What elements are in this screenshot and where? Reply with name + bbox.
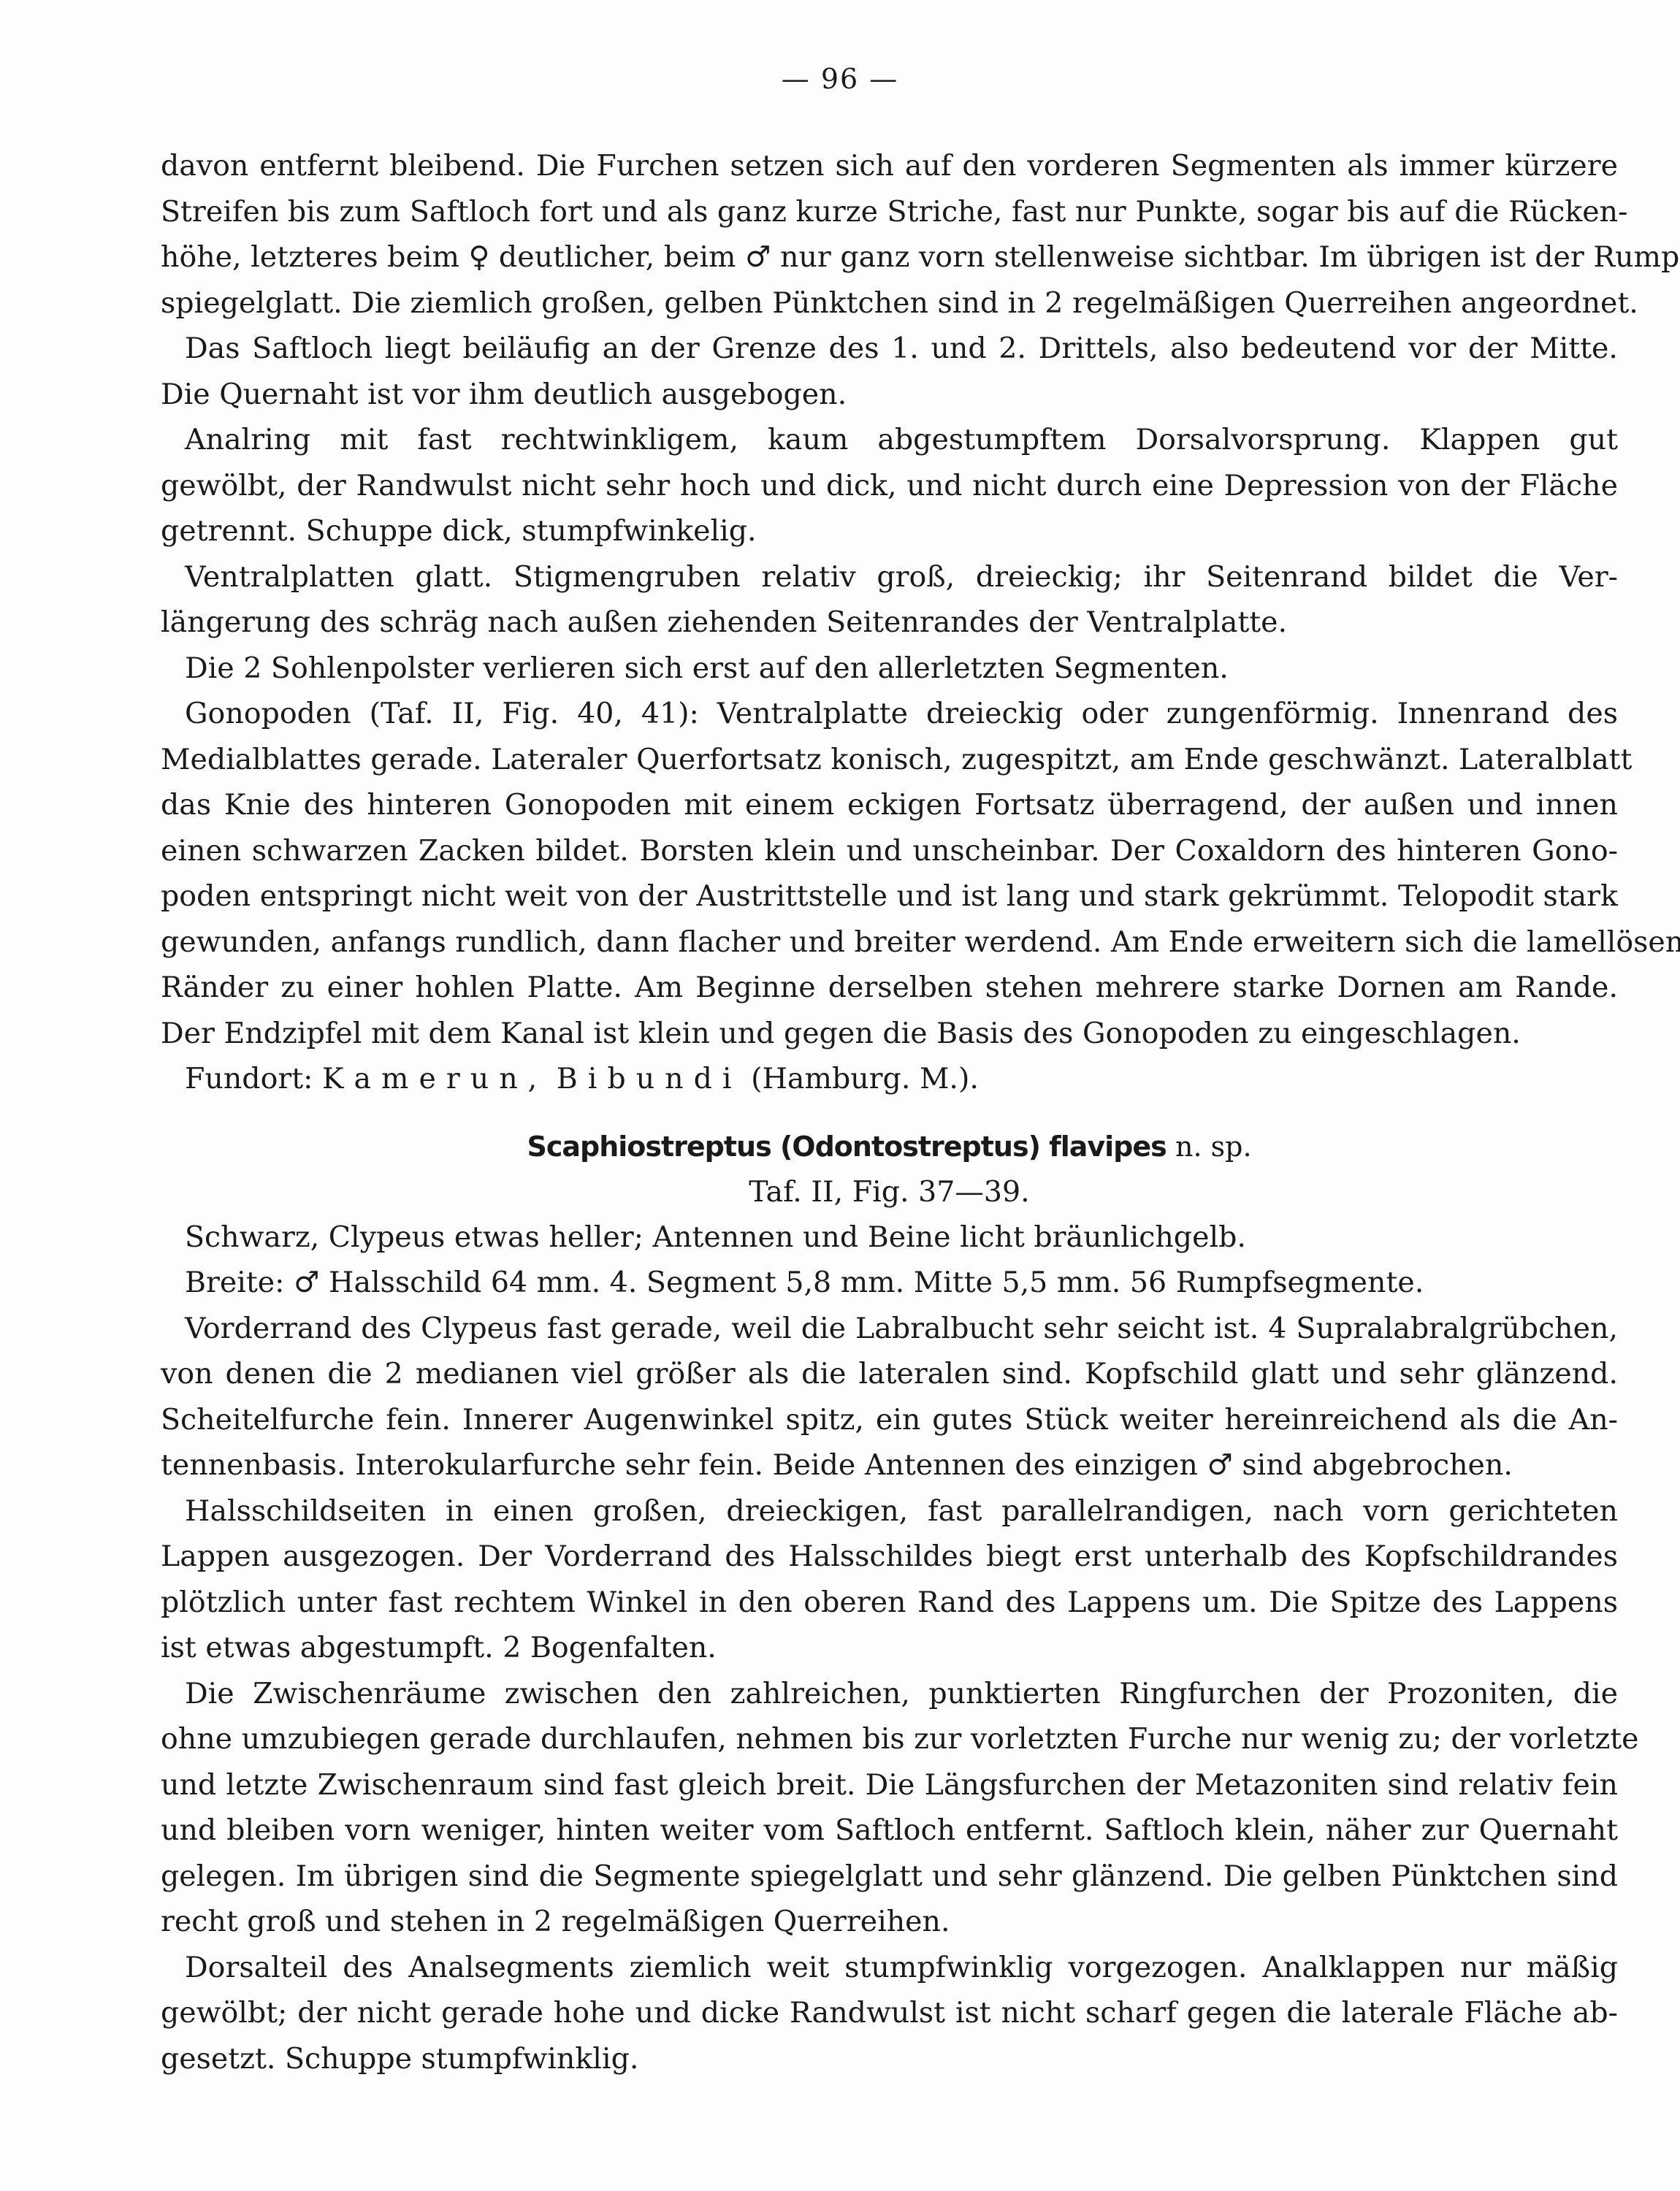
species-heading: Scaphiostreptus (Odontostreptus) flavipe… bbox=[161, 1124, 1618, 1169]
text-line: spiegelglatt. Die ziemlich großen, gelbe… bbox=[161, 280, 1618, 326]
paragraph-ventralplatten: Ventralplatten glatt. Stigmengruben rela… bbox=[161, 554, 1618, 646]
fundort-country: Kamerun, bbox=[322, 1062, 547, 1095]
text-line: Scheitelfurche fein. Innerer Augenwinkel… bbox=[161, 1397, 1618, 1443]
fundort-line: Fundort: Kamerun, Bibundi (Hamburg. M.). bbox=[161, 1056, 1618, 1102]
text-line: einen schwarzen Zacken bildet. Borsten k… bbox=[161, 828, 1618, 874]
text-line: gewunden, anfangs rundlich, dann flacher… bbox=[161, 919, 1618, 966]
text-line: Halsschildseiten in einen großen, dreiec… bbox=[161, 1488, 1618, 1534]
paragraph-halsschild: Halsschildseiten in einen großen, dreiec… bbox=[161, 1488, 1618, 1671]
text-line: gewölbt; der nicht gerade hohe und dicke… bbox=[161, 1990, 1618, 2036]
text-line: gesetzt. Schuppe stumpfwinklig. bbox=[161, 2036, 1618, 2082]
text-line: Dorsalteil des Analsegments ziemlich wei… bbox=[161, 1945, 1618, 1991]
text-line: Die Zwischenräume zwischen den zahlreich… bbox=[161, 1671, 1618, 1717]
species-name: Scaphiostreptus (Odontostreptus) flavipe… bbox=[527, 1131, 1166, 1163]
text-line: längerung des schräg nach außen ziehende… bbox=[161, 600, 1618, 646]
paragraph-farbe: Schwarz, Clypeus etwas heller; Antennen … bbox=[161, 1215, 1618, 1261]
text-line: poden entspringt nicht weit von der Aust… bbox=[161, 873, 1618, 919]
text-line: recht groß und stehen in 2 regelmäßigen … bbox=[161, 1899, 1618, 1945]
text-line: und letzte Zwischenraum sind fast gleich… bbox=[161, 1762, 1618, 1808]
paragraph-analring: Analring mit fast rechtwinkligem, kaum a… bbox=[161, 417, 1618, 554]
body-text: davon entfernt bleibend. Die Furchen set… bbox=[161, 143, 1618, 2081]
text-line: Lappen ausgezogen. Der Vorderrand des Ha… bbox=[161, 1534, 1618, 1580]
text-line: Das Saftloch liegt beiläufig an der Gren… bbox=[161, 326, 1618, 372]
fundort-place: Bibundi bbox=[557, 1062, 742, 1095]
paragraph-saftloch: Das Saftloch liegt beiläufig an der Gren… bbox=[161, 326, 1618, 417]
text-line: plötzlich unter fast rechtem Winkel in d… bbox=[161, 1580, 1618, 1626]
text-line: ist etwas abgestumpft. 2 Bogenfalten. bbox=[161, 1625, 1618, 1671]
text-line: Die Quernaht ist vor ihm deutlich ausgeb… bbox=[161, 372, 1618, 418]
paragraph-furchen: davon entfernt bleibend. Die Furchen set… bbox=[161, 143, 1618, 326]
text-line: Ränder zu einer hohlen Platte. Am Beginn… bbox=[161, 965, 1618, 1011]
text-line: gewölbt, der Randwulst nicht sehr hoch u… bbox=[161, 463, 1618, 509]
paragraph-gonopoden: Gonopoden (Taf. II, Fig. 40, 41): Ventra… bbox=[161, 691, 1618, 1056]
text-line: Gonopoden (Taf. II, Fig. 40, 41): Ventra… bbox=[161, 691, 1618, 737]
text-line: tennenbasis. Interokularfurche sehr fein… bbox=[161, 1442, 1618, 1488]
paragraph-analsegment: Dorsalteil des Analsegments ziemlich wei… bbox=[161, 1945, 1618, 2082]
paragraph-clypeus: Vorderrand des Clypeus fast gerade, weil… bbox=[161, 1306, 1618, 1488]
paragraph-zwischenraeume: Die Zwischenräume zwischen den zahlreich… bbox=[161, 1671, 1618, 1945]
text-line: Medialblattes gerade. Lateraler Querfort… bbox=[161, 737, 1618, 783]
text-line: das Knie des hinteren Gonopoden mit eine… bbox=[161, 782, 1618, 828]
text-line: davon entfernt bleibend. Die Furchen set… bbox=[161, 143, 1618, 189]
text-line: Der Endzipfel mit dem Kanal ist klein un… bbox=[161, 1011, 1618, 1057]
page-number: — 96 — bbox=[0, 63, 1680, 95]
text-line: Streifen bis zum Saftloch fort und als g… bbox=[161, 189, 1618, 235]
paragraph-sohlenpolster: Die 2 Sohlenpolster verlieren sich erst … bbox=[161, 646, 1618, 692]
text-line: höhe, letzteres beim ♀ deutlicher, beim … bbox=[161, 234, 1618, 280]
fundort-label: Fundort: bbox=[185, 1062, 313, 1095]
text-line: Vorderrand des Clypeus fast gerade, weil… bbox=[161, 1306, 1618, 1352]
document-page: — 96 — davon entfernt bleibend. Die Furc… bbox=[0, 0, 1680, 2191]
text-line: gelegen. Im übrigen sind die Segmente sp… bbox=[161, 1854, 1618, 1900]
paragraph-breite: Breite: ♂ Halsschild 64 mm. 4. Segment 5… bbox=[161, 1260, 1618, 1306]
text-line: Schwarz, Clypeus etwas heller; Antennen … bbox=[161, 1215, 1618, 1261]
text-line: ohne umzubiegen gerade durchlaufen, nehm… bbox=[161, 1716, 1618, 1762]
text-line: von denen die 2 medianen viel größer als… bbox=[161, 1351, 1618, 1397]
text-line: und bleiben vorn weniger, hinten weiter … bbox=[161, 1808, 1618, 1854]
text-line: Breite: ♂ Halsschild 64 mm. 4. Segment 5… bbox=[161, 1260, 1618, 1306]
text-line: Ventralplatten glatt. Stigmengruben rela… bbox=[161, 554, 1618, 600]
plate-reference: Taf. II, Fig. 37—39. bbox=[161, 1169, 1618, 1215]
fundort-museum: (Hamburg. M.). bbox=[751, 1062, 979, 1095]
text-line: Die 2 Sohlenpolster verlieren sich erst … bbox=[161, 646, 1618, 692]
text-line: getrennt. Schuppe dick, stumpfwinkelig. bbox=[161, 508, 1618, 554]
text-line: Analring mit fast rechtwinkligem, kaum a… bbox=[161, 417, 1618, 463]
species-status: n. sp. bbox=[1175, 1131, 1252, 1163]
